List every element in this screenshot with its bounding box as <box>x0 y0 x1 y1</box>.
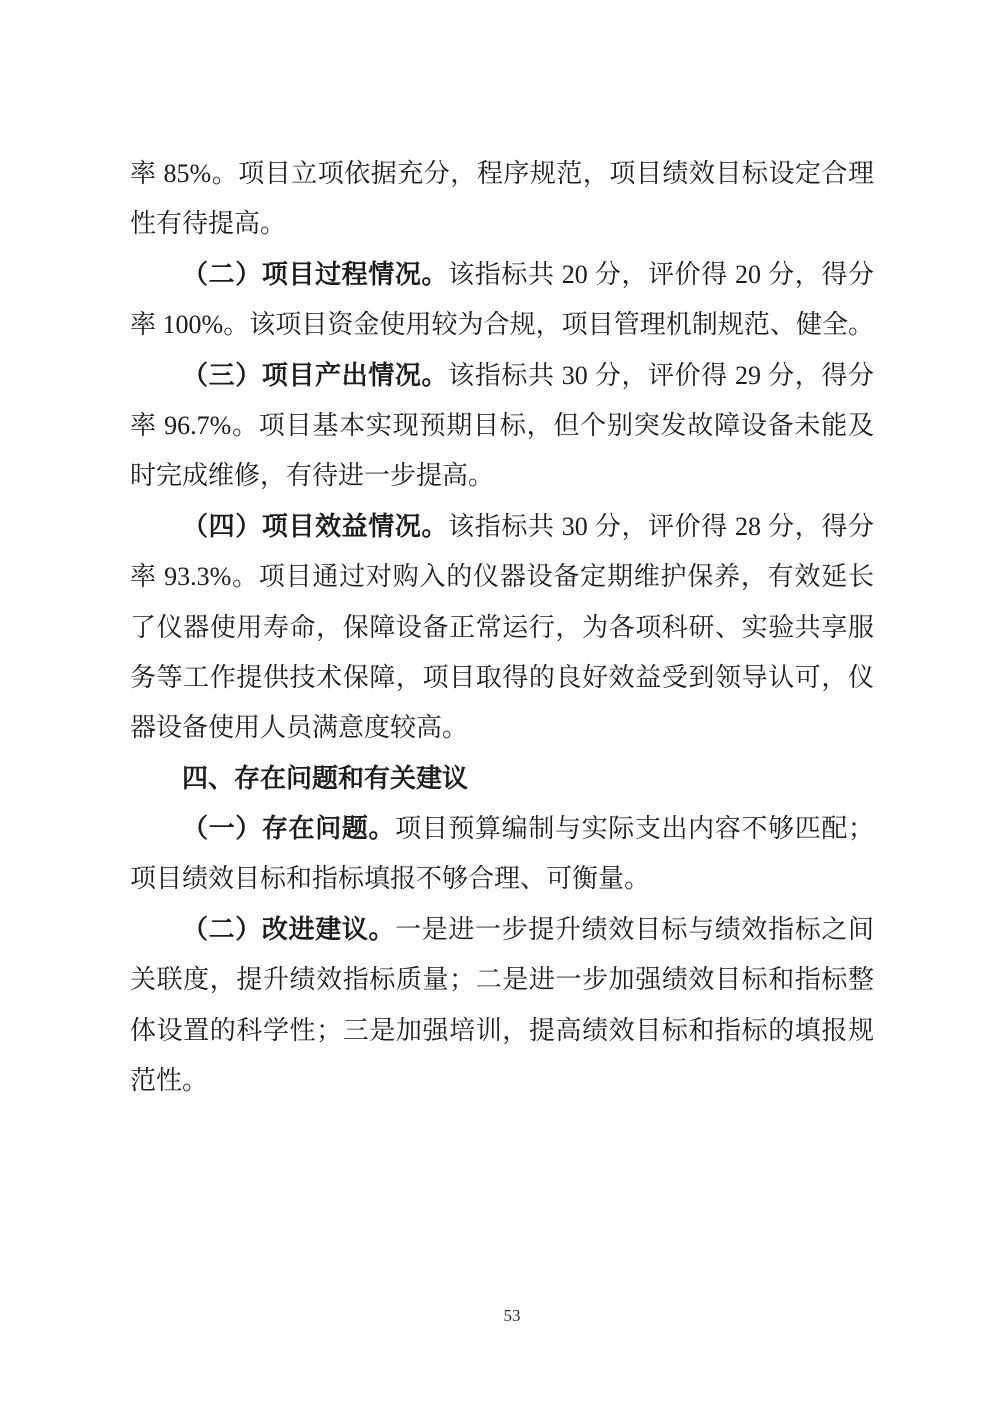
text-line: 器设备使用人员满意度较高。 <box>130 703 874 753</box>
run-in-heading-text: （二）改进建议。 <box>182 915 395 944</box>
text-line: 务等工作提供技术保障，项目取得的良好效益受到领导认可，仪 <box>130 653 874 703</box>
body-text: 一是进一步提升绩效目标与绩效指标之间 <box>395 915 874 944</box>
text-line: 率 100%。该项目资金使用较为合规，项目管理机制规范、健全。 <box>130 300 874 350</box>
paragraph-project-process: （二）项目过程情况。该指标共 20 分，评价得 20 分，得分率 100%。该项… <box>130 250 874 351</box>
text-line: 时完成维修，有待进一步提高。 <box>130 451 874 501</box>
body-text: 该指标共 20 分，评价得 20 分，得分 <box>448 260 874 289</box>
text-line: 率 96.7%。项目基本实现预期目标，但个别突发故障设备未能及 <box>130 401 874 451</box>
paragraph-project-initiation-continuation: 率 85%。项目立项依据充分，程序规范，项目绩效目标设定合理性有待提高。 <box>130 149 874 250</box>
body-text: 时完成维修，有待进一步提高。 <box>130 461 494 490</box>
text-line: 率 85%。项目立项依据充分，程序规范，项目绩效目标设定合理 <box>130 149 874 199</box>
body-text: 范性。 <box>130 1066 208 1095</box>
body-text: 器设备使用人员满意度较高。 <box>130 713 468 742</box>
paragraph-existing-problems: （一）存在问题。项目预算编制与实际支出内容不够匹配；项目绩效目标和指标填报不够合… <box>130 804 874 905</box>
text-line: 性有待提高。 <box>130 199 874 249</box>
text-line: （一）存在问题。项目预算编制与实际支出内容不够匹配； <box>130 804 874 854</box>
body-text: 项目预算编制与实际支出内容不够匹配； <box>395 814 874 843</box>
body-text: 关联度，提升绩效指标质量；二是进一步加强绩效目标和指标整 <box>130 965 874 994</box>
body-text: 该指标共 30 分，评价得 28 分，得分 <box>448 512 874 541</box>
text-line: （四）项目效益情况。该指标共 30 分，评价得 28 分，得分 <box>130 502 874 552</box>
text-line: （三）项目产出情况。该指标共 30 分，评价得 29 分，得分 <box>130 351 874 401</box>
run-in-heading-text: 四、存在问题和有关建议 <box>182 764 468 793</box>
text-line: （二）改进建议。一是进一步提升绩效目标与绩效指标之间 <box>130 905 874 955</box>
text-line: 项目绩效目标和指标填报不够合理、可衡量。 <box>130 854 874 904</box>
run-in-heading-text: （四）项目效益情况。 <box>182 512 448 541</box>
paragraph-improvement-suggestions: （二）改进建议。一是进一步提升绩效目标与绩效指标之间关联度，提升绩效指标质量；二… <box>130 905 874 1107</box>
heading-section-four: 四、存在问题和有关建议 <box>130 754 874 804</box>
text-line: 范性。 <box>130 1056 874 1106</box>
text-line: 四、存在问题和有关建议 <box>130 754 874 804</box>
body-text: 项目绩效目标和指标填报不够合理、可衡量。 <box>130 864 650 893</box>
body-text: 率 100%。该项目资金使用较为合规，项目管理机制规范、健全。 <box>130 310 874 339</box>
run-in-heading-text: （一）存在问题。 <box>182 814 395 843</box>
text-line: 体设置的科学性；三是加强培训，提高绩效目标和指标的填报规 <box>130 1006 874 1056</box>
page-number: 53 <box>12 1306 1000 1326</box>
document-body: 率 85%。项目立项依据充分，程序规范，项目绩效目标设定合理性有待提高。（二）项… <box>130 149 874 1106</box>
paragraph-project-benefit: （四）项目效益情况。该指标共 30 分，评价得 28 分，得分率 93.3%。项… <box>130 502 874 754</box>
body-text: 体设置的科学性；三是加强培训，提高绩效目标和指标的填报规 <box>130 1016 874 1045</box>
text-line: （二）项目过程情况。该指标共 20 分，评价得 20 分，得分 <box>130 250 874 300</box>
document-page: 率 85%。项目立项依据充分，程序规范，项目绩效目标设定合理性有待提高。（二）项… <box>0 0 1000 1413</box>
body-text: 务等工作提供技术保障，项目取得的良好效益受到领导认可，仪 <box>130 663 874 692</box>
run-in-heading-text: （三）项目产出情况。 <box>182 361 448 390</box>
body-text: 率 85%。项目立项依据充分，程序规范，项目绩效目标设定合理 <box>130 159 874 188</box>
body-text: 了仪器使用寿命，保障设备正常运行，为各项科研、实验共享服 <box>130 613 874 642</box>
run-in-heading-text: （二）项目过程情况。 <box>182 260 448 289</box>
body-text: 率 93.3%。项目通过对购入的仪器设备定期维护保养，有效延长 <box>130 562 874 591</box>
body-text: 性有待提高。 <box>130 209 286 238</box>
paragraph-project-output: （三）项目产出情况。该指标共 30 分，评价得 29 分，得分率 96.7%。项… <box>130 351 874 502</box>
body-text: 该指标共 30 分，评价得 29 分，得分 <box>448 361 874 390</box>
body-text: 率 96.7%。项目基本实现预期目标，但个别突发故障设备未能及 <box>130 411 874 440</box>
text-line: 关联度，提升绩效指标质量；二是进一步加强绩效目标和指标整 <box>130 955 874 1005</box>
text-line: 率 93.3%。项目通过对购入的仪器设备定期维护保养，有效延长 <box>130 552 874 602</box>
text-line: 了仪器使用寿命，保障设备正常运行，为各项科研、实验共享服 <box>130 603 874 653</box>
